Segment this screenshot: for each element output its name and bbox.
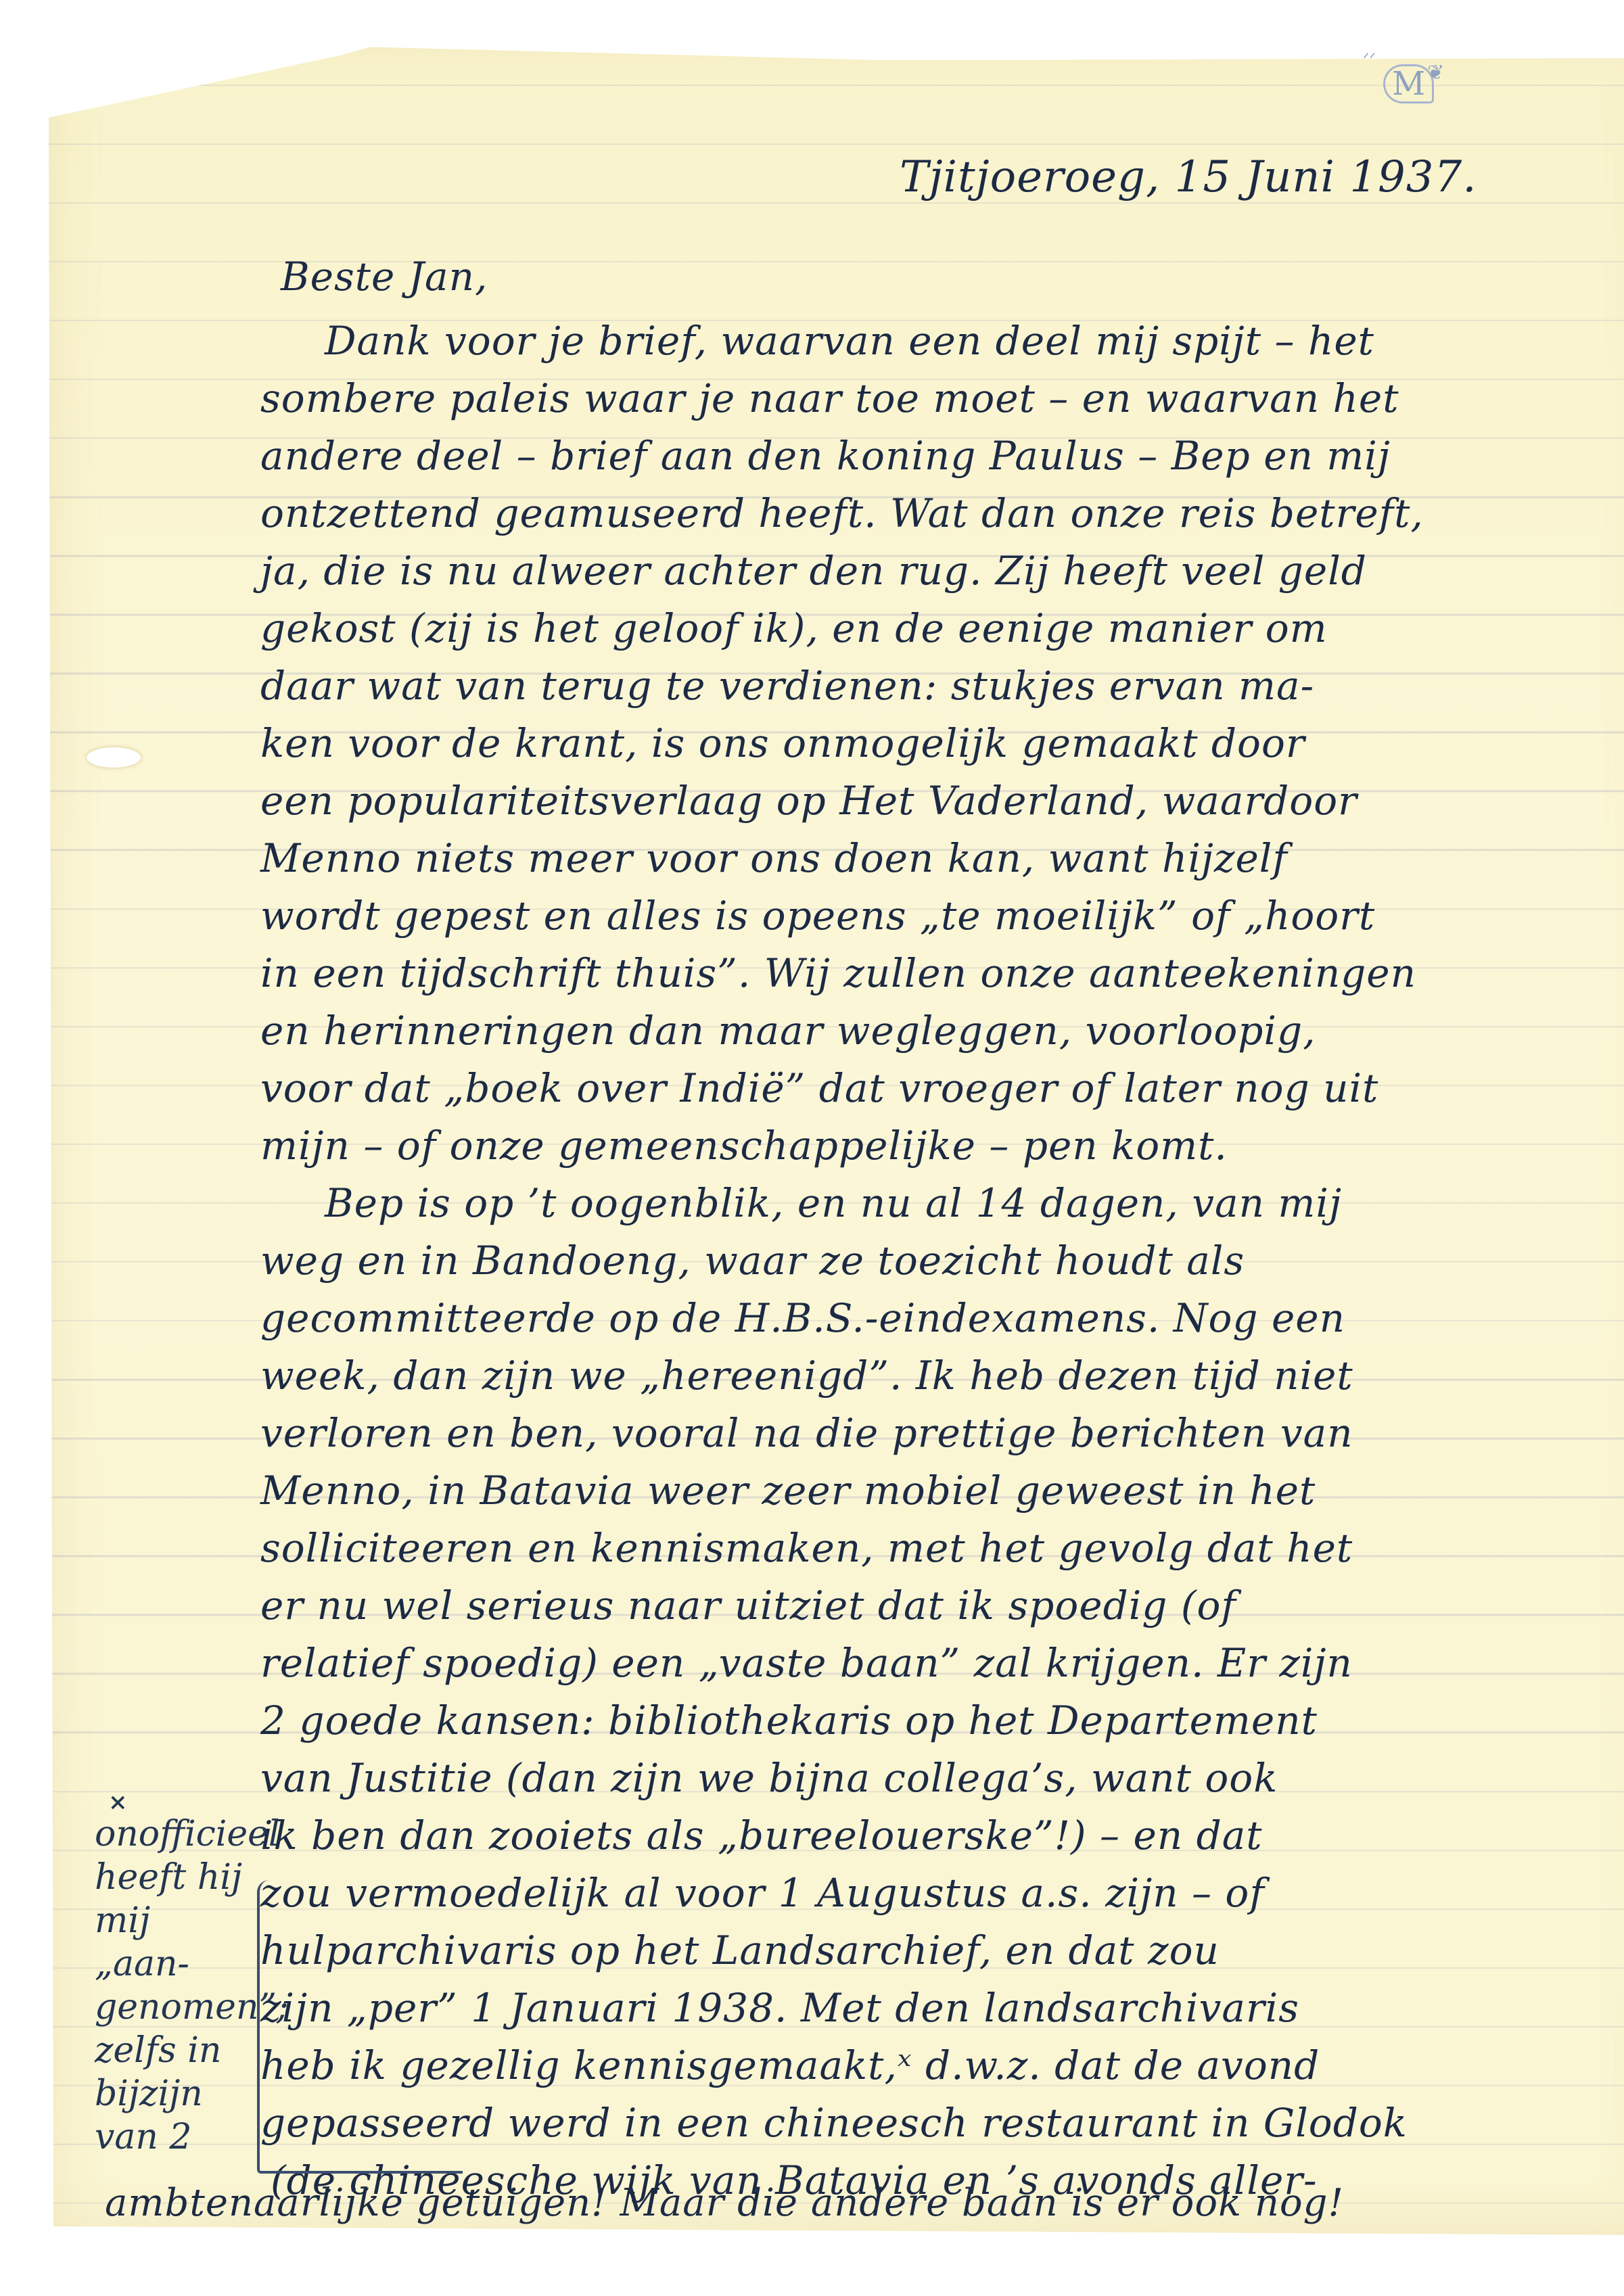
body-line: mijn – of onze gemeenschappelijke – pen …	[260, 1123, 1228, 1169]
body-line: Dank voor je brief, waarvan een deel mij…	[325, 318, 1374, 364]
body-line: Menno niets meer voor ons doen kan, want…	[260, 835, 1288, 881]
stamp-letter: M	[1383, 64, 1434, 103]
footnote-marker-icon: ×	[108, 1792, 250, 1812]
body-line: voor dat „boek over Indië” dat vroeger o…	[260, 1065, 1378, 1111]
margin-note-line: heeft hij	[95, 1856, 250, 1899]
body-line: ik ben dan zooiets als „bureelouerske”!)…	[260, 1812, 1263, 1858]
body-line: in een tijdschrift thuis”. Wij zullen on…	[260, 950, 1416, 996]
body-line: en herinneringen dan maar wegleggen, voo…	[260, 1008, 1316, 1054]
body-line: gekost (zij is het geloof ik), en de een…	[260, 605, 1328, 651]
body-line: week, dan zijn we „hereenigd”. Ik heb de…	[260, 1353, 1353, 1399]
body-line: ja, die is nu alweer achter den rug. Zij…	[260, 548, 1367, 594]
body-line: andere deel – brief aan den koning Paulu…	[260, 433, 1391, 479]
body-line: van Justitie (dan zijn we bijna collega’…	[260, 1755, 1278, 1801]
body-line: ontzettend geamuseerd heeft. Wat dan onz…	[260, 490, 1424, 536]
margin-note-line: van 2	[95, 2115, 250, 2159]
margin-note-line: bijzijn	[95, 2072, 250, 2115]
margin-note-line: zelfs in	[95, 2029, 250, 2072]
dateline: Tjitjoeroeg, 15 Juni 1937.	[900, 152, 1477, 202]
margin-note: × onofficieel heeft hij mij „aan- genome…	[95, 1792, 250, 2159]
stamp-mark: ᐟᐟ	[1363, 51, 1376, 68]
body-line: er nu wel serieus naar uitziet dat ik sp…	[260, 1583, 1236, 1629]
body-line: weg en in Bandoeng, waar ze toezicht hou…	[260, 1238, 1245, 1284]
margin-note-line: mij „aan-	[95, 1899, 250, 1986]
punch-hole	[87, 747, 141, 768]
body-line: Bep is op ’t oogenblik, en nu al 14 dage…	[325, 1180, 1342, 1226]
margin-note-line: genomen”;	[95, 1986, 250, 2029]
body-line: ken voor de krant, is ons onmogelijk gem…	[260, 720, 1305, 766]
body-line: gecommitteerde op de H.B.S.-eindexamens.…	[260, 1295, 1345, 1341]
archive-stamp: ᐟᐟ M ❦	[1363, 37, 1444, 132]
margin-note-line: onofficieel	[95, 1812, 250, 1856]
body-line: relatief spoedig) een „vaste baan” zal k…	[260, 1640, 1353, 1686]
salutation: Beste Jan,	[281, 254, 488, 300]
body-line: Menno, in Batavia weer zeer mobiel gewee…	[260, 1468, 1316, 1514]
stamp-emblem-icon: ❦	[1427, 61, 1444, 85]
body-line: 2 goede kansen: bibliothekaris op het De…	[260, 1697, 1318, 1743]
body-line: sombere paleis waar je naar toe moet – e…	[260, 375, 1399, 421]
body-line: wordt gepest en alles is opeens „te moei…	[260, 893, 1375, 939]
footnote-continuation: ambtenaarlijke getuigen! Maar die andere…	[105, 2181, 1344, 2225]
body-line: solliciteeren en kennismaken, met het ge…	[260, 1525, 1353, 1571]
body-line: verloren en ben, vooral na die prettige …	[260, 1410, 1353, 1456]
body-line: daar wat van terug te verdienen: stukjes…	[260, 663, 1314, 709]
body-line: een populariteitsverlaag op Het Vaderlan…	[260, 778, 1358, 824]
